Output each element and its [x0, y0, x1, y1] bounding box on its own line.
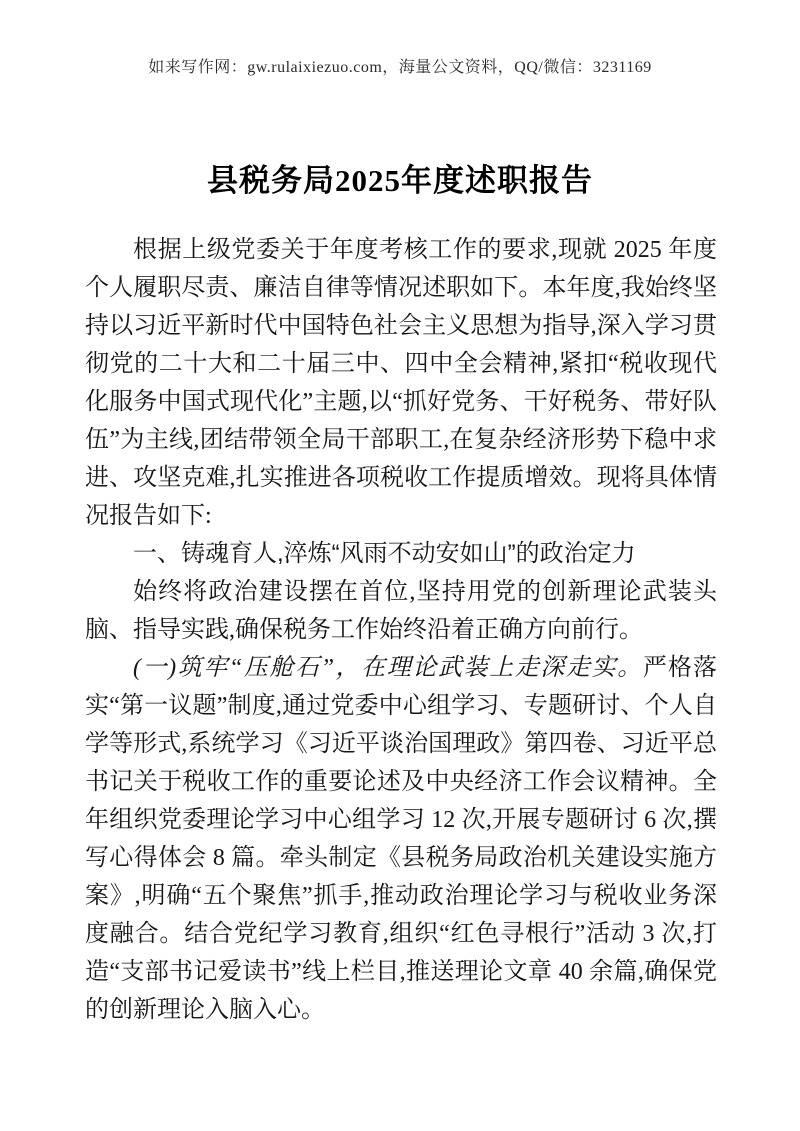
document-page: 如来写作网：gw.rulaixiezuo.com，海量公文资料，QQ/微信：32… — [0, 0, 800, 1029]
paragraph-subsection1: (一)筑牢“压舱石”，在理论武装上走深走实。严格落实“第一议题”制度,通过党委中… — [85, 649, 717, 1029]
paragraph-intro: 根据上级党委关于年度考核工作的要求,现就 2025 年度个人履职尽责、廉洁自律等… — [85, 231, 717, 535]
watermark-header: 如来写作网：gw.rulaixiezuo.com，海量公文资料，QQ/微信：32… — [0, 0, 800, 77]
document-title: 县税务局2025年度述职报告 — [0, 163, 800, 199]
subsection1-lead-sentence: (一)筑牢“压舱石”，在理论武装上走深走实。 — [133, 655, 643, 681]
paragraph-section1-intro: 始终将政治建设摆在首位,坚持用党的创新理论武装头脑、指导实践,确保税务工作始终沿… — [85, 573, 717, 649]
document-body: 根据上级党委关于年度考核工作的要求,现就 2025 年度个人履职尽责、廉洁自律等… — [0, 231, 800, 1029]
subsection1-body-text: 严格落实“第一议题”制度,通过党委中心组学习、专题研讨、个人自学等形式,系统学习… — [85, 655, 717, 1023]
section-heading-1: 一、铸魂育人,淬炼“风雨不动安如山”的政治定力 — [85, 535, 717, 573]
